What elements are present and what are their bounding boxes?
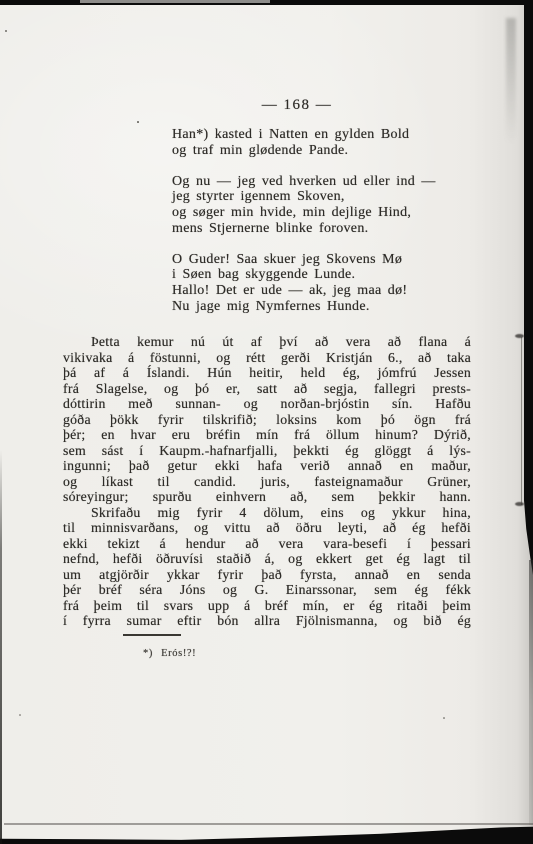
text-line: Þetta kemur nú út af því að vera að flan… (63, 334, 471, 350)
text-line: frá þeim til svars upp á bréf mín, er ég… (63, 598, 471, 614)
poem-line: Og nu — jeg ved hverken ud eller ind — (172, 174, 436, 190)
poem-line: i Søen bag skyggende Lunde. (172, 267, 436, 283)
text-line: þér; en hvar eru bréfin mín frá öllum hi… (63, 427, 471, 443)
text-line: Skrifaðu mig fyrir 4 dölum, eins og ykku… (63, 505, 471, 521)
scan-smudge (506, 18, 516, 143)
poem-line: jeg styrter igennem Skoven, (172, 189, 436, 205)
footnote-text: *) Erós!?! (143, 648, 196, 659)
poem-stanza: O Guder! Saa skuer jeg Skovens Mø i Søen… (172, 252, 436, 314)
scan-speck (19, 714, 21, 716)
scan-speck (443, 717, 445, 719)
text-line: sem sást í Kaupm.-hafnarfjalli, þekkti é… (63, 443, 471, 459)
paragraph: Þetta kemur nú út af því að vera að flan… (63, 334, 471, 505)
scan-edge-left-line (0, 450, 2, 844)
scan-edge-top-smudge (80, 0, 270, 3)
poem-line: og traf min glødende Pande. (172, 143, 436, 159)
text-line: til minnisvarðans, og vittu að öðru leyt… (63, 520, 471, 536)
poem-stanza: Han*) kasted i Natten en gylden Bold og … (172, 127, 436, 158)
text-line: í fyrra sumar eftir bón allra Fjölnisman… (63, 613, 471, 629)
text-line: um atgjörðir ykkar fyrir það fyrsta, ann… (63, 567, 471, 583)
poem-line: Nu jage mig Nymfernes Hunde. (172, 299, 436, 315)
scan-edge-right-tail (529, 560, 533, 825)
text-line: ekki tekizt á hendur að vera vara-besefi… (63, 536, 471, 552)
poem-line: mens Stjernerne blinke foroven. (172, 221, 436, 237)
poem-stanza: Og nu — jeg ved hverken ud eller ind — j… (172, 174, 436, 236)
text-line: góða þökk fyrir tilskrifið; loksins kom … (63, 412, 471, 428)
poem: Han*) kasted i Natten en gylden Bold og … (172, 127, 436, 314)
text-line: dóttirin með sunnan- og norðan-brjóstin … (63, 396, 471, 412)
scan-speck (137, 121, 139, 123)
scan-edge-right (524, 0, 533, 575)
text-line: og líkast til candid. juris, fasteignama… (63, 474, 471, 490)
text-line: frá Slagelse, og þó er, satt að segja, f… (63, 381, 471, 397)
page-bottom-edge-line (4, 823, 533, 825)
text-line: ingunni; það getur ekki hafa verið annað… (63, 458, 471, 474)
text-line: sóreyingur; spurðu einhvern að, sem þekk… (63, 489, 471, 505)
scan-scratch-mark (515, 334, 524, 338)
paragraph: Skrifaðu mig fyrir 4 dölum, eins og ykku… (63, 505, 471, 629)
text-line: þá af á Íslandi. Hún heitir, held ég, jó… (63, 365, 471, 381)
footnote-divider (123, 634, 181, 636)
body-text: Þetta kemur nú út af því að vera að flan… (63, 334, 471, 629)
poem-line: Han*) kasted i Natten en gylden Bold (172, 127, 436, 143)
scan-scratch-mark (515, 502, 524, 506)
text-line: nefnd, hefði öðruvísi staðið á, og ekker… (63, 551, 471, 567)
scan-scratch (521, 337, 522, 505)
poem-line: Hallo! Det er ude — ak, jeg maa dø! (172, 283, 436, 299)
page-number: — 168 — (262, 97, 333, 114)
poem-line: O Guder! Saa skuer jeg Skovens Mø (172, 252, 436, 268)
text-line: vikivaka á föstunni, og rétt gerði Krist… (63, 350, 471, 366)
scanned-book-page: — 168 — Han*) kasted i Natten en gylden … (0, 0, 533, 844)
poem-line: og søger min hvide, min dejlige Hind, (172, 205, 436, 221)
scan-speck (5, 30, 7, 32)
text-line: þér bréf séra Jóns og G. Einarssonar, se… (63, 582, 471, 598)
